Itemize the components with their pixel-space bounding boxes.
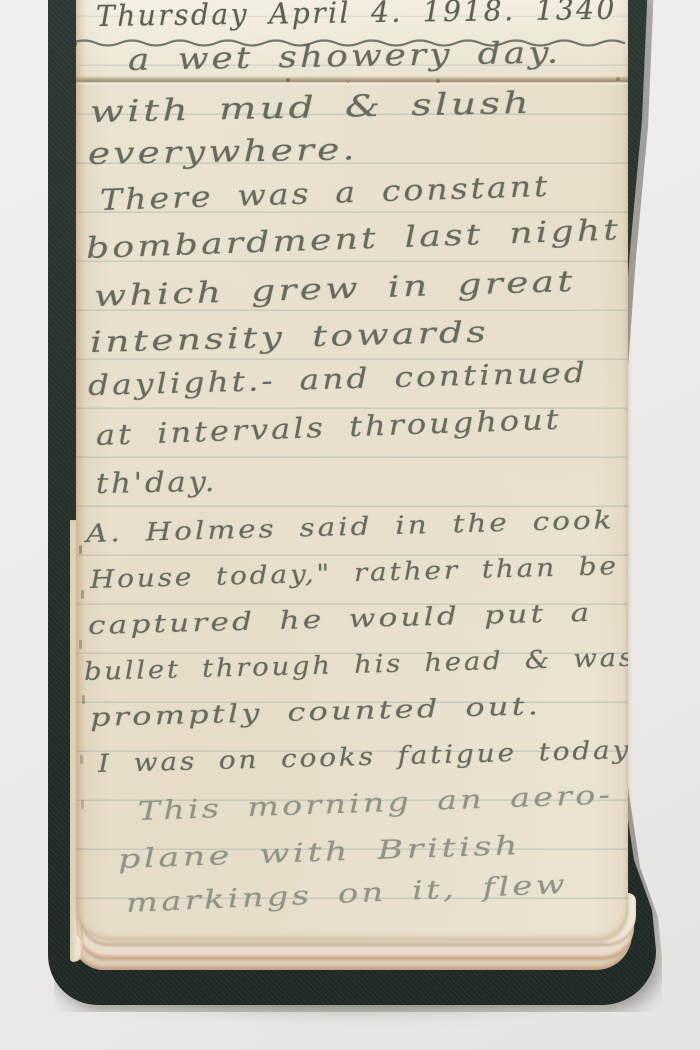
handwriting-line: There was a constant — [99, 170, 550, 217]
handwriting-line: daylight.- and continued — [88, 357, 589, 402]
handwriting-line: plane with British — [117, 832, 521, 876]
handwriting-line: everywhere. — [88, 133, 358, 172]
handwriting-line: promptly counted out. — [90, 692, 542, 733]
diary-date-header: Thursday April 4. 1918. 1340 — [96, 0, 617, 33]
handwriting-line: bullet through his head & was — [84, 644, 628, 687]
handwriting-line: House today," rather than be — [90, 552, 620, 595]
handwriting-line: which grew in great — [93, 265, 576, 313]
handwriting-line: I was on cooks fatigue today — [98, 736, 628, 779]
handwriting-line: bombardment last night — [85, 213, 621, 265]
handwriting-line: A. Holmes said in the cook — [86, 506, 615, 549]
header-underline — [76, 36, 628, 50]
handwriting-line: intensity towards — [90, 316, 490, 360]
handwriting-line: markings on it, flew — [125, 871, 568, 920]
handwriting-line: th'day. — [96, 466, 218, 500]
photo-scene: Thursday April 4. 1918. 1340 a wet showe… — [0, 0, 700, 1050]
handwriting-line: at intervals throughout — [95, 404, 562, 452]
diary-page: Thursday April 4. 1918. 1340 a wet showe… — [76, 0, 628, 940]
handwriting-line: captured he would put a — [88, 599, 593, 641]
handwriting-line: with mud & slush — [90, 87, 533, 131]
handwriting-layer: Thursday April 4. 1918. 1340 a wet showe… — [76, 0, 628, 940]
handwriting-line: This morning an aero- — [137, 781, 613, 827]
